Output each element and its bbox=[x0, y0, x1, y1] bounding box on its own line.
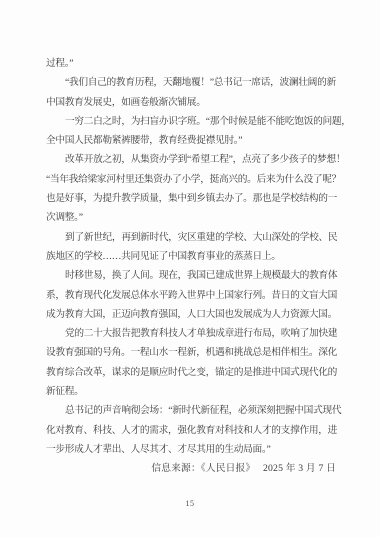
text-line: 也是好事，为提升教学质量，集中到乡镇去办了。那也是学校结构的一 bbox=[46, 189, 346, 208]
text-line: 全中国人民都勒紧裤腰带，教育经费捉襟见肘。” bbox=[46, 131, 346, 150]
text-line: 教育综合改革，谋求的是顺应时代之变，锚定的是推进中国式现代化的 bbox=[46, 363, 346, 382]
text-line: 族地区的学校……共同见证了中国教育事业的蒸蒸日上。 bbox=[46, 247, 346, 266]
text-line: 过程。” bbox=[46, 54, 346, 73]
text-line: “我们自己的教育历程，天翻地覆！”总书记一席话，波澜壮阔的新 bbox=[46, 73, 346, 92]
text-line: 改革开放之初，从集资办学到“希望工程”，点亮了多少孩子的梦想！ bbox=[46, 150, 346, 169]
text-line: “当年我给梁家河村里还集资办了小学，挺高兴的。后来为什么没了呢？ bbox=[46, 170, 346, 189]
text-line: 到了新世纪，再到新时代，灾区重建的学校、大山深处的学校、民 bbox=[46, 228, 346, 247]
text-line: 化对教育、科技、人才的需求，强化教育对科技和人才的支撑作用，进 bbox=[46, 421, 346, 440]
text-line: 一穷二白之时，为扫盲办识字班。“那个时候是能不能吃饱饭的问题， bbox=[46, 112, 346, 131]
text-line: 中国教育发展史，如画卷般渐次铺展。 bbox=[46, 93, 346, 112]
text-line: 新征程。 bbox=[46, 382, 346, 401]
text-line: 系，教育现代化发展总体水平跨入世界中上国家行列。昔日的文盲大国 bbox=[46, 286, 346, 305]
document-text: 过程。”“我们自己的教育历程，天翻地覆！”总书记一席话，波澜壮阔的新中国教育发展… bbox=[46, 54, 346, 479]
source-attribution: 信息来源：《人民日报》 2025 年 3 月 7 日 bbox=[46, 459, 346, 478]
text-line: 设教育强国的号角。一程山水一程新，机遇和挑战总是相伴相生。深化 bbox=[46, 343, 346, 362]
text-line: 成为教育大国，正迈向教育强国，人口大国也发展成为人力资源大国。 bbox=[46, 305, 346, 324]
text-line: 党的二十大报告把教育科技人才单独成章进行布局，吹响了加快建 bbox=[46, 324, 346, 343]
document-page: 过程。”“我们自己的教育历程，天翻地覆！”总书记一席话，波澜壮阔的新中国教育发展… bbox=[0, 0, 380, 537]
page-number: 15 bbox=[0, 499, 380, 509]
text-line: 时移世易，换了人间。现在，我国已建成世界上规模最大的教育体 bbox=[46, 266, 346, 285]
text-line: 一步形成人才辈出、人尽其才、才尽其用的生动局面。” bbox=[46, 440, 346, 459]
text-line: 总书记的声音响彻会场：“新时代新征程，必须深刻把握中国式现代 bbox=[46, 401, 346, 420]
text-line: 次调整。” bbox=[46, 208, 346, 227]
